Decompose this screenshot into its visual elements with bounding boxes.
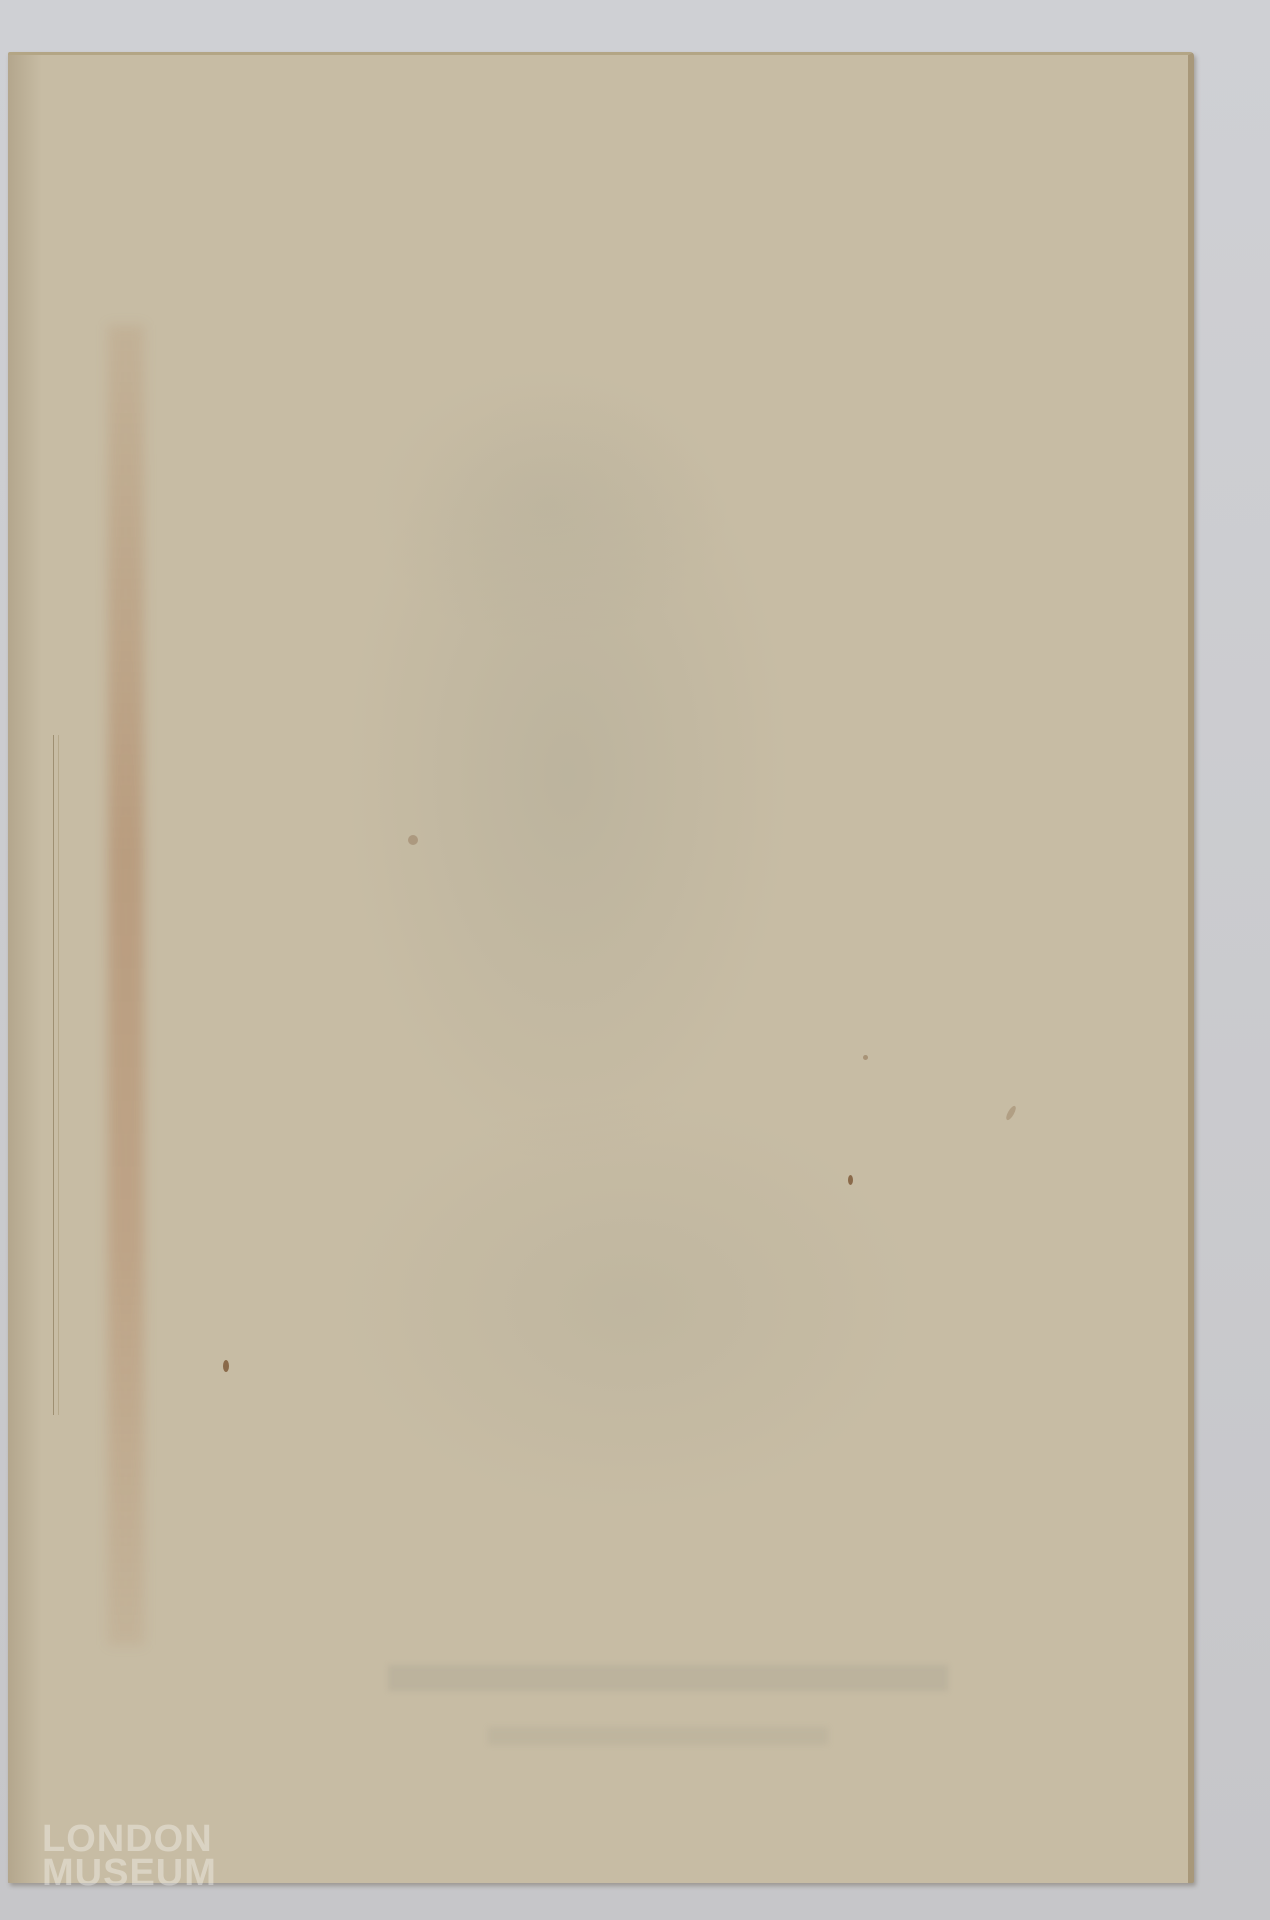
- spot-mark: [223, 1360, 229, 1372]
- spot-mark: [848, 1175, 853, 1185]
- spot-mark: [1004, 1105, 1017, 1122]
- paper-leaf: [8, 52, 1194, 1883]
- show-through-caption: [388, 1665, 948, 1691]
- show-through-subcaption: [488, 1727, 828, 1745]
- spot-mark: [863, 1055, 868, 1060]
- binding-edge: [8, 55, 42, 1883]
- watermark-line-2: MUSEUM: [42, 1856, 222, 1890]
- watermark-line-1: LONDON: [42, 1822, 222, 1856]
- spot-mark: [408, 835, 418, 845]
- stitching-line: [53, 735, 59, 1415]
- foxing-stain: [108, 325, 144, 1645]
- museum-watermark: LONDON MUSEUM: [42, 1822, 222, 1890]
